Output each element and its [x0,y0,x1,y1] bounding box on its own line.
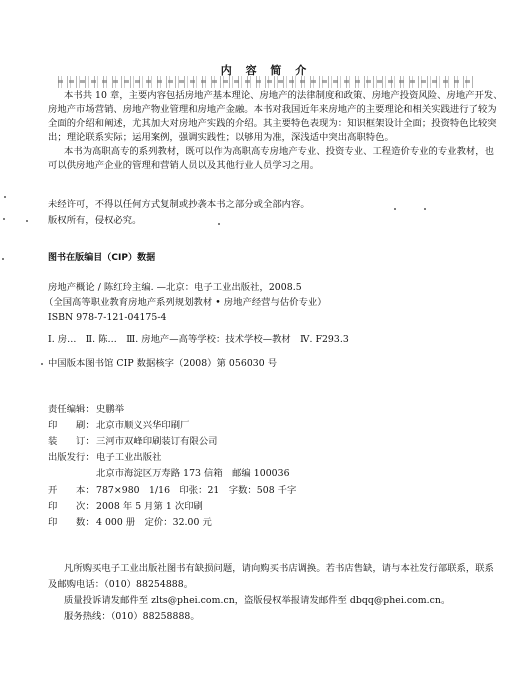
cip-line: 中国版本图书馆 CIP 数据核字（2008）第 056030 号 [48,358,277,370]
colophon-label: 装 订： [48,436,96,448]
colophon-value: 电子工业出版社 [96,452,161,463]
colophon-label: 印 数： [48,517,96,529]
intro-line: 出；理论联系实际；运用案例，强调实践性；以够用为准，深浅适中突出高职特色。 [48,132,394,144]
cip-line: （全国高等职业教育房地产系列规划教材 • 房地产经营与估价专业） [44,297,327,309]
colophon-row: 开 本：787×980 1/16 印张：21 字数：508 千字 [48,485,296,497]
colophon-value: 北京市海淀区万寿路 173 信箱 邮编 100036 [96,468,290,479]
colophon-row: 装 订：三河市双峰印刷装订有限公司 [48,436,218,448]
scan-noise-strip [58,76,473,88]
colophon-value: 史鹏举 [96,404,124,415]
scan-speck [424,208,426,210]
colophon-row: 责任编辑：史鹏举 [48,404,124,416]
footer-line: 质量投诉请发邮件至 zlts@phei.com.cn，盗版侵权举报请发邮件至 d… [64,595,450,607]
colophon-label: 印 次： [48,501,96,513]
scan-speck [26,220,28,222]
colophon-row: 北京市海淀区万寿路 173 信箱 邮编 100036 [48,468,290,480]
cip-line: Ⅰ. 房… Ⅱ. 陈… Ⅲ. 房地产—高等学校：技术学校—教材 Ⅳ. F293.… [48,334,349,346]
colophon-label: 开 本： [48,485,96,497]
footer-line: 凡所购买电子工业出版社图书有缺损问题，请向购买书店调换。若书店售缺，请与本社发行… [64,563,494,575]
colophon-row: 印 数：4 000 册 定价：32.00 元 [48,517,212,529]
scan-speck [3,218,5,220]
colophon-label: 出版发行： [48,452,96,464]
colophon-label: 印 刷： [48,420,96,432]
colophon-row: 印 刷：北京市顺义兴华印刷厂 [48,420,189,432]
scan-speck [394,208,396,210]
colophon-row: 出版发行：电子工业出版社 [48,452,161,464]
cip-line: 房地产概论 / 陈红玲主编. —北京：电子工业出版社，2008.5 [48,282,302,294]
copyright-notice: 未经许可，不得以任何方式复制或抄袭本书之部分或全部内容。 [48,199,310,211]
intro-line: 全面的介绍和阐述，尤其加大对房地产实践的介绍。其主要特色表现为：知识框架设计全面… [48,118,497,130]
intro-line: 可以供房地产企业的管理和营销人员以及其他行业人员学习之用。 [48,160,319,172]
colophon-label: 责任编辑： [48,404,96,416]
colophon-row: 印 次：2008 年 5 月第 1 次印刷 [48,501,203,513]
colophon-value: 三河市双峰印刷装订有限公司 [96,436,218,447]
scan-speck [2,258,4,260]
intro-line: 本书共 10 章，主要内容包括房地产基本理论、房地产的法律制度和政策、房地产投资… [64,90,503,102]
colophon-value: 4 000 册 定价：32.00 元 [96,517,212,528]
intro-line: 房地产市场营销、房地产物业管理和房地产金融。本书对我国近年来房地产的主要理论和相… [48,104,497,116]
scan-speck [41,363,43,365]
cip-heading: 图书在版编目（CIP）数据 [48,252,155,264]
cip-line: ISBN 978-7-121-04175-4 [48,312,167,324]
footer-line: 及邮购电话：（010）88254888。 [48,579,193,591]
intro-line: 本书为高职高专的系列教材，既可以作为高职高专房地产专业、投资专业、工程造价专业的… [64,146,494,158]
scan-speck [4,196,6,198]
colophon-value: 787×980 1/16 印张：21 字数：508 千字 [96,485,296,496]
colophon-value: 2008 年 5 月第 1 次印刷 [96,501,203,512]
scan-speck [218,223,220,225]
colophon-value: 北京市顺义兴华印刷厂 [96,420,189,431]
copyright-notice: 版权所有，侵权必究。 [48,215,141,227]
footer-line: 服务热线：（010）88258888。 [64,611,200,623]
